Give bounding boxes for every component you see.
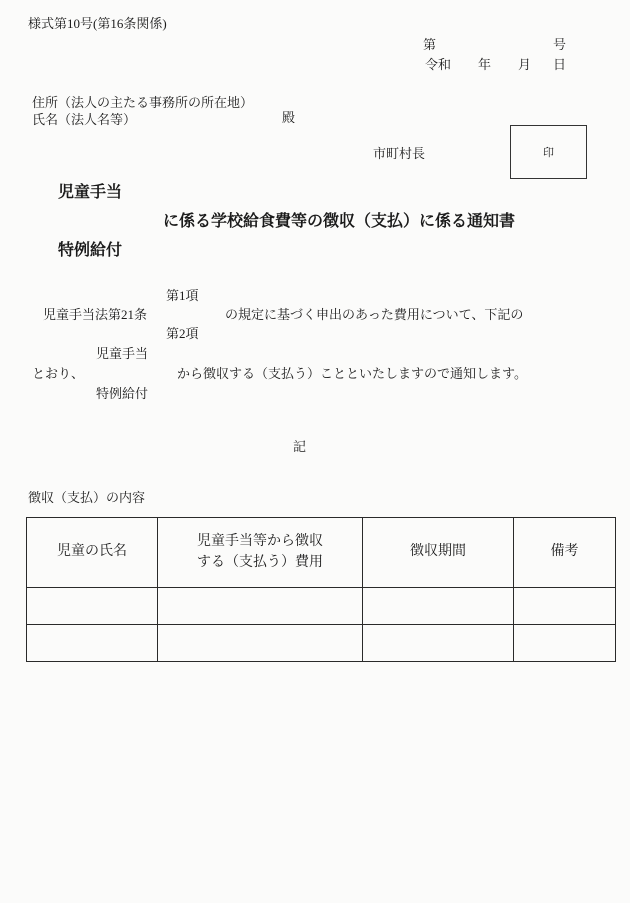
title-option-bottom: 特例給付 [58, 242, 122, 261]
ki-marker: 記 [293, 439, 306, 454]
date-day-label: 日 [553, 57, 566, 72]
body-clause-bottom: 第2項 [166, 326, 199, 341]
seal-box: 印 [510, 125, 587, 179]
seal-label: 印 [543, 144, 554, 160]
col-header-text: 徴収期間 [363, 542, 513, 562]
table-row [27, 625, 616, 662]
date-year-label: 年 [478, 57, 491, 72]
body-clause-top: 第1項 [166, 288, 199, 303]
cell-collection-period [363, 625, 514, 662]
body-allowance-bottom: 特例給付 [96, 386, 148, 401]
cell-collected-cost [158, 625, 363, 662]
cell-remarks [514, 588, 616, 625]
col-header-collection-period: 徴収期間 [363, 518, 514, 588]
honorific-label: 殿 [282, 110, 295, 125]
col-header-text-line1: 児童手当等から徴収 [158, 532, 362, 552]
notice-form-page: { "colors": {"ink": "#1a1a1a", "paper": … [0, 0, 630, 903]
col-header-child-name: 児童の氏名 [27, 518, 158, 588]
form-number: 様式第10号(第16条関係) [28, 16, 167, 31]
address-label: 住所（法人の主たる事務所の所在地） [32, 95, 253, 110]
cell-collection-period [363, 588, 514, 625]
doc-number-suffix: 号 [553, 37, 566, 52]
cell-collected-cost [158, 588, 363, 625]
body-line1-rest: の規定に基づく申出のあった費用について、下記の [225, 307, 523, 322]
cell-remarks [514, 625, 616, 662]
cell-child-name [27, 588, 158, 625]
table-header-row: 児童の氏名 児童手当等から徴収 する（支払う）費用 徴収期間 備考 [27, 518, 616, 588]
collection-table: 児童の氏名 児童手当等から徴収 する（支払う）費用 徴収期間 備考 [26, 517, 616, 662]
body-law-ref: 児童手当法第21条 [43, 307, 147, 322]
cell-child-name [27, 625, 158, 662]
body-allowance-top: 児童手当 [96, 346, 148, 361]
date-month-label: 月 [518, 57, 531, 72]
doc-number-prefix: 第 [423, 37, 436, 52]
col-header-text: 備考 [514, 542, 615, 562]
table-row [27, 588, 616, 625]
title-main: に係る学校給食費等の徴収（支払）に係る通知書 [163, 213, 515, 232]
section-label: 徴収（支払）の内容 [28, 490, 145, 505]
col-header-remarks: 備考 [514, 518, 616, 588]
title-option-top: 児童手当 [58, 184, 122, 203]
body-line2-rest: から徴収する（支払う）ことといたしますので通知します。 [177, 366, 527, 381]
mayor-label: 市町村長 [373, 146, 425, 161]
date-era: 令和 [425, 57, 451, 72]
name-label: 氏名（法人名等） [32, 112, 136, 127]
col-header-text-line2: する（支払う）費用 [158, 553, 362, 573]
body-line2-start: とおり、 [32, 366, 84, 381]
col-header-collected-cost: 児童手当等から徴収 する（支払う）費用 [158, 518, 363, 588]
col-header-text: 児童の氏名 [27, 542, 157, 562]
